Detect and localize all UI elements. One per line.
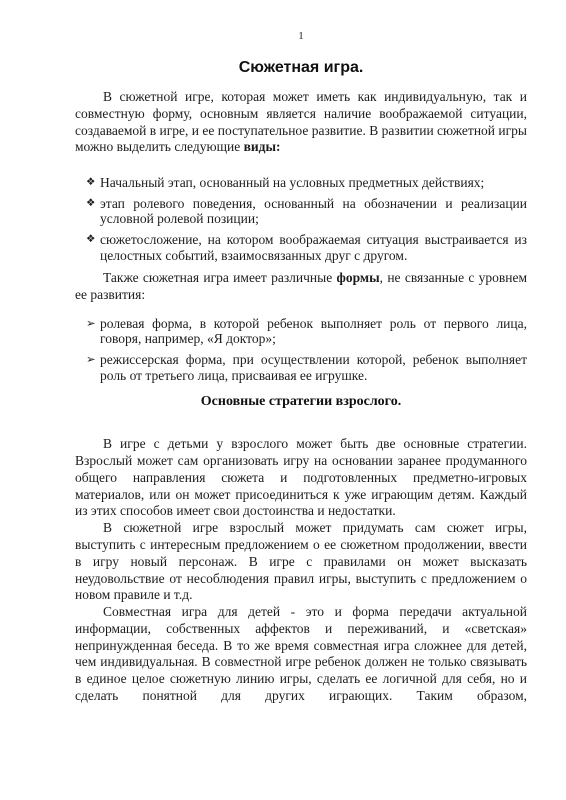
page-number: 1	[75, 30, 527, 43]
arrow-bullet-icon: ➢	[86, 316, 100, 347]
plot-paragraph: В сюжетной игре взрослый может придумать…	[75, 520, 527, 604]
intro-paragraph-text: В сюжетной игре, которая может иметь как…	[75, 89, 527, 154]
game-forms-item-1: ➢ ролевая форма, в которой ребенок выпол…	[86, 316, 527, 347]
game-types-item-2-text: этап ролевого поведения, основанный на о…	[100, 196, 527, 227]
game-types-item-1: ❖ Начальный этап, основанный на условных…	[86, 175, 527, 191]
forms-paragraph-before: Также сюжетная игра имеет различные	[103, 270, 337, 285]
game-forms-list: ➢ ролевая форма, в которой ребенок выпол…	[75, 316, 527, 383]
game-forms-item-2: ➢ режиссерская форма, при осуществлении …	[86, 352, 527, 383]
intro-paragraph-bold-word: виды:	[244, 139, 281, 154]
intro-paragraph: В сюжетной игре, которая может иметь как…	[75, 89, 527, 156]
forms-paragraph: Также сюжетная игра имеет различные форм…	[75, 270, 527, 304]
game-types-item-2: ❖ этап ролевого поведения, основанный на…	[86, 196, 527, 227]
game-types-list: ❖ Начальный этап, основанный на условных…	[75, 175, 527, 263]
joint-play-paragraph: Совместная игра для детей - это и форма …	[75, 604, 527, 705]
strategies-paragraph: В игре с детьми у взрослого может быть д…	[75, 436, 527, 520]
section-heading: Основные стратегии взрослого.	[75, 393, 527, 410]
forms-paragraph-bold-word: формы	[337, 270, 380, 285]
document-title: Сюжетная игра.	[75, 58, 527, 78]
game-forms-item-1-text: ролевая форма, в которой ребенок выполня…	[100, 316, 527, 347]
game-forms-item-2-text: режиссерская форма, при осуществлении ко…	[100, 352, 527, 383]
diamond-bullet-icon: ❖	[86, 196, 100, 227]
game-types-item-3: ❖ сюжетосложение, на котором воображаема…	[86, 232, 527, 263]
diamond-bullet-icon: ❖	[86, 232, 100, 263]
game-types-item-1-text: Начальный этап, основанный на условных п…	[100, 175, 527, 191]
diamond-bullet-icon: ❖	[86, 175, 100, 191]
document-page: 1 Сюжетная игра. В сюжетной игре, котора…	[0, 0, 566, 800]
game-types-item-3-text: сюжетосложение, на котором воображаемая …	[100, 232, 527, 263]
arrow-bullet-icon: ➢	[86, 352, 100, 383]
